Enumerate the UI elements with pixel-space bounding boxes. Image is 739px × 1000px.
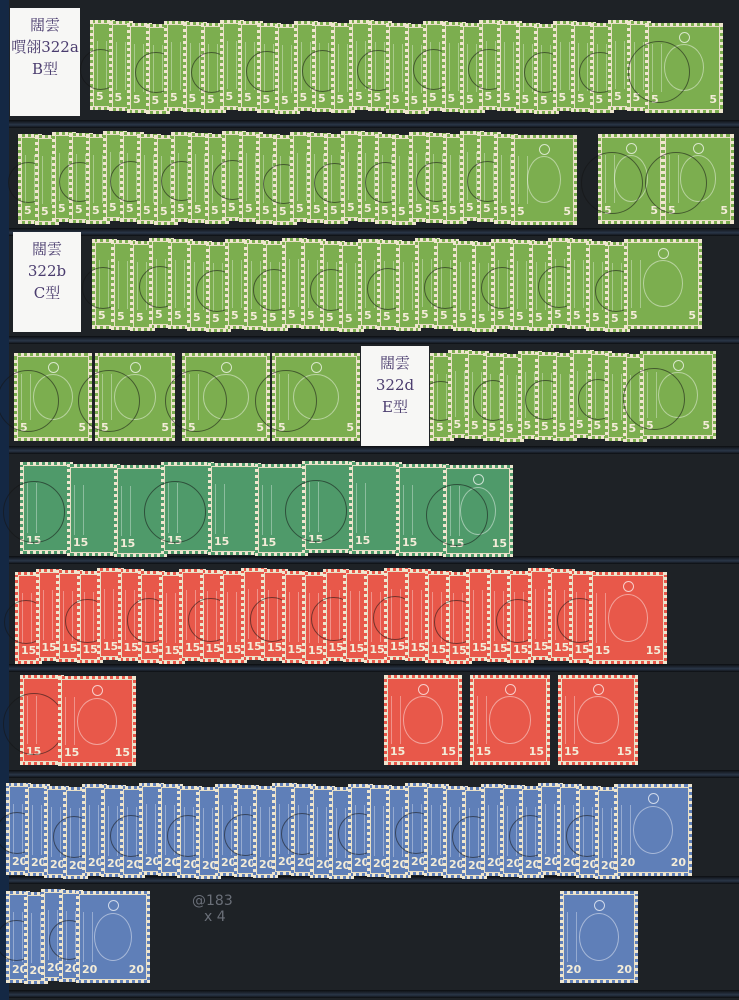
stamp-denomination: 5 xyxy=(540,95,548,107)
label-line: 嘪翖322a xyxy=(10,36,80,58)
stamp-column-frame xyxy=(621,805,631,855)
stamp-column-frame xyxy=(195,154,205,202)
stamp-denomination: 5 xyxy=(177,203,185,215)
stamp-denomination: 5 xyxy=(58,203,66,215)
stamp-denomination: 5 xyxy=(596,94,604,106)
stamp-denomination: 5 xyxy=(466,94,474,106)
stamp-column-frame xyxy=(89,805,99,855)
stamp-denomination: 5 xyxy=(594,420,602,432)
stamp-denomination: 5 xyxy=(611,422,619,434)
stamp-denomination: 5 xyxy=(471,420,479,432)
portrait-oval xyxy=(579,913,619,961)
stamp-column-frame xyxy=(501,155,511,203)
stamp: 55 xyxy=(662,134,734,224)
stamp-column-frame xyxy=(317,807,327,857)
stamp-denomination: 5 xyxy=(250,311,258,323)
stamp-denomination: 15 xyxy=(185,642,200,654)
stamp-denomination: 5 xyxy=(364,203,372,215)
portrait-oval xyxy=(633,806,673,854)
postmark xyxy=(255,370,317,432)
stockbook-strip xyxy=(9,336,739,344)
label-line: C型 xyxy=(13,282,81,304)
stamp-denomination: 15 xyxy=(144,644,159,656)
stamp-denomination: 15 xyxy=(226,644,241,656)
sun-emblem-icon xyxy=(92,685,103,696)
stamp-denomination: 15 xyxy=(513,644,528,656)
stamp-column-frame xyxy=(450,155,460,203)
postmark xyxy=(623,368,685,430)
postmark xyxy=(165,370,227,432)
stamp-denomination: 5 xyxy=(347,202,355,214)
stamp-denomination: 5 xyxy=(269,312,277,324)
stamp-column-frame xyxy=(477,696,487,744)
postmark xyxy=(645,152,707,214)
stamp-denomination: 5 xyxy=(152,95,160,107)
stamp: 1515 xyxy=(384,675,462,765)
stamp: 55 xyxy=(640,351,716,439)
sun-emblem-icon xyxy=(648,793,659,804)
stamp: 1515 xyxy=(470,675,550,765)
note-line: @183 xyxy=(192,893,233,909)
sun-emblem-icon xyxy=(473,474,484,485)
sun-emblem-icon xyxy=(679,32,690,43)
stamp-denomination: 15 xyxy=(115,747,130,759)
stamp: 15 xyxy=(349,462,402,554)
stamp-denomination: 5 xyxy=(374,92,382,104)
sun-emblem-icon xyxy=(505,684,516,695)
stamp-denomination: 15 xyxy=(554,642,569,654)
sun-emblem-icon xyxy=(221,362,232,373)
stamp: 1515 xyxy=(558,675,638,765)
stamp-column-frame xyxy=(631,260,641,308)
label-line: 322d xyxy=(361,374,429,396)
stamp-denomination: 5 xyxy=(466,202,474,214)
stamp-denomination: 15 xyxy=(120,538,135,550)
stamp-denomination: 5 xyxy=(614,91,622,103)
sun-emblem-icon xyxy=(593,684,604,695)
stamp-column-frame xyxy=(391,696,401,744)
stamp-column-frame xyxy=(473,590,483,640)
stamp-denomination: 15 xyxy=(411,642,426,654)
stamp-denomination: 5 xyxy=(355,91,363,103)
stamp-denomination: 5 xyxy=(24,205,32,217)
stamp-denomination: 15 xyxy=(42,642,57,654)
stamp-denomination: 5 xyxy=(96,91,104,103)
postmark xyxy=(285,480,347,542)
stamp-denomination: 15 xyxy=(370,644,385,656)
portrait-oval xyxy=(643,260,683,307)
stamp: 15 xyxy=(161,462,214,554)
stamp-denomination: 5 xyxy=(563,206,571,218)
stamp-denomination: 5 xyxy=(345,313,353,325)
postmark xyxy=(0,370,59,432)
label-line: 闊雲 xyxy=(361,352,429,374)
stamp-column-frame xyxy=(460,262,470,310)
sun-emblem-icon xyxy=(626,143,637,154)
stamp-column-frame xyxy=(374,806,384,856)
stamp-denomination: 5 xyxy=(383,311,391,323)
sun-emblem-icon xyxy=(311,362,322,373)
stamp-denomination: 20 xyxy=(671,857,686,869)
stamp: 2020 xyxy=(76,891,150,983)
stamp-column-frame xyxy=(338,44,348,92)
sun-emblem-icon xyxy=(658,248,669,259)
handwritten-type-label: 闊雲嘪翖322aB型 xyxy=(10,8,80,116)
handwritten-type-label: 闊雲322dE型 xyxy=(361,346,429,446)
stamp-denomination: 5 xyxy=(421,309,429,321)
sun-emblem-icon xyxy=(623,581,634,592)
stamp-denomination: 5 xyxy=(109,202,117,214)
stamp: 55 xyxy=(95,353,175,441)
stamp-denomination: 20 xyxy=(617,964,632,976)
stamp-column-frame xyxy=(346,263,356,311)
stamp-denomination: 5 xyxy=(483,203,491,215)
stamp-denomination: 5 xyxy=(133,94,141,106)
stamp-denomination: 15 xyxy=(646,645,661,657)
stamp-denomination: 5 xyxy=(517,206,525,218)
stamp-denomination: 15 xyxy=(564,746,579,758)
stamp-column-frame xyxy=(65,697,75,745)
stamp-column-frame xyxy=(560,374,570,420)
stamp-denomination: 5 xyxy=(554,309,562,321)
sun-emblem-icon xyxy=(130,362,141,373)
label-line: 闊雲 xyxy=(10,14,80,36)
stockbook-strip xyxy=(9,990,739,998)
sun-emblem-icon xyxy=(48,362,59,373)
stamp-column-frame xyxy=(171,42,181,90)
stamp-column-frame xyxy=(565,696,575,744)
stamp-denomination: 5 xyxy=(326,312,334,324)
stamp-column-frame xyxy=(504,42,514,90)
stamp-denomination: 5 xyxy=(174,310,182,322)
postmark xyxy=(581,152,643,214)
stamp-denomination: 15 xyxy=(529,746,544,758)
stamp: 15 xyxy=(208,463,261,555)
stamp-column-frame xyxy=(175,260,185,308)
stamp-column-frame xyxy=(116,42,126,90)
stamp-denomination: 5 xyxy=(398,206,406,218)
stamp-column-frame xyxy=(93,155,103,203)
stamp-denomination: 5 xyxy=(459,312,467,324)
stamp-denomination: 5 xyxy=(364,310,372,322)
stamp-denomination: 15 xyxy=(452,645,467,657)
stamp-denomination: 5 xyxy=(432,204,440,216)
stamp-denomination: 5 xyxy=(402,312,410,324)
sun-emblem-icon xyxy=(108,900,119,911)
label-line: B型 xyxy=(10,58,80,80)
stamp-column-frame xyxy=(567,912,577,962)
stamp-denomination: 5 xyxy=(279,206,287,218)
stamp-denomination: 5 xyxy=(231,310,239,322)
stamp-denomination: 5 xyxy=(212,313,220,325)
stamp-denomination: 5 xyxy=(541,421,549,433)
stamp-denomination: 15 xyxy=(261,537,276,549)
stamp-denomination: 5 xyxy=(256,422,264,434)
stamp: 1515 xyxy=(589,572,667,664)
stamp-column-frame xyxy=(412,590,422,640)
stamp-denomination: 15 xyxy=(83,644,98,656)
stamp-column-frame xyxy=(121,486,131,536)
stamp: 55 xyxy=(645,23,723,113)
stamp-denomination: 5 xyxy=(346,422,354,434)
stamp-column-frame xyxy=(507,375,517,421)
stamp-column-frame xyxy=(615,41,625,89)
stamp-denomination: 5 xyxy=(211,205,219,217)
stockbook-strip xyxy=(9,876,739,884)
stamp: 1515 xyxy=(443,465,513,557)
stamp: 15 xyxy=(20,462,73,554)
stamp-denomination: 5 xyxy=(115,92,123,104)
stamp-column-frame xyxy=(166,593,176,643)
stamp-column-frame xyxy=(104,589,114,639)
stamp-denomination: 15 xyxy=(247,641,262,653)
stamp-denomination: 5 xyxy=(117,311,125,323)
stamp-denomination: 15 xyxy=(595,645,610,657)
stamp-column-frame xyxy=(144,155,154,203)
stamp-denomination: 5 xyxy=(559,92,567,104)
stamp-denomination: 5 xyxy=(160,206,168,218)
stamp-column-frame xyxy=(246,153,256,201)
stamp-column-frame xyxy=(262,485,272,535)
stamp: 55 xyxy=(511,135,577,225)
stamp-column-frame xyxy=(83,912,93,962)
postmark xyxy=(3,693,65,755)
stamp-denomination: 5 xyxy=(98,310,106,322)
stamp: 1515 xyxy=(58,676,136,766)
stamp-column-frame xyxy=(260,807,270,857)
stamp-denomination: 20 xyxy=(129,964,144,976)
stamp-denomination: 20 xyxy=(82,964,97,976)
stamp-denomination: 5 xyxy=(440,310,448,322)
stamp: 55 xyxy=(272,353,360,441)
stamp-column-frame xyxy=(289,259,299,307)
stamp-denomination: 5 xyxy=(307,310,315,322)
stamp-denomination: 5 xyxy=(318,93,326,105)
stamp-denomination: 15 xyxy=(21,645,36,657)
sun-emblem-icon xyxy=(594,900,605,911)
stamp-denomination: 15 xyxy=(349,643,364,655)
stamp-column-frame xyxy=(203,808,213,858)
stamp: 55 xyxy=(624,239,702,329)
stockbook-strip xyxy=(9,120,739,128)
stamp-denomination: 5 xyxy=(516,311,524,323)
stamp-denomination: 15 xyxy=(441,746,456,758)
stamp-column-frame xyxy=(297,153,307,201)
stamp-denomination: 5 xyxy=(193,312,201,324)
stamp-column-frame xyxy=(118,261,128,309)
stamp-denomination: 15 xyxy=(103,641,118,653)
handwritten-type-label: 闊雲322bC型 xyxy=(13,232,81,332)
stamp-column-frame xyxy=(146,804,156,854)
sun-emblem-icon xyxy=(539,144,550,155)
stamp-denomination: 15 xyxy=(288,644,303,656)
stamp-denomination: 15 xyxy=(267,642,282,654)
stamp-denomination: 15 xyxy=(575,644,590,656)
stamp-denomination: 5 xyxy=(300,92,308,104)
stamp-denomination: 5 xyxy=(630,310,638,322)
stamp-column-frame xyxy=(350,591,360,641)
stamp-column-frame xyxy=(488,805,498,855)
stamp-denomination: 15 xyxy=(214,536,229,548)
stamp-denomination: 5 xyxy=(313,204,321,216)
sun-emblem-icon xyxy=(418,684,429,695)
portrait-oval xyxy=(608,594,648,642)
stamp-column-frame xyxy=(399,156,409,204)
stamp-denomination: 5 xyxy=(454,419,462,431)
portrait-oval xyxy=(77,698,117,745)
stamp-denomination: 15 xyxy=(206,643,221,655)
stamp-denomination: 15 xyxy=(62,643,77,655)
stamp-column-frame xyxy=(74,485,84,535)
stamp-denomination: 5 xyxy=(449,205,457,217)
stamp-denomination: 5 xyxy=(429,92,437,104)
stockbook-strip xyxy=(9,228,739,236)
stockbook-strip xyxy=(9,446,739,454)
stamp-denomination: 5 xyxy=(629,423,637,435)
stamp-denomination: 5 xyxy=(411,95,419,107)
sun-emblem-icon xyxy=(673,360,684,371)
stamp-denomination: 5 xyxy=(92,205,100,217)
stamp-denomination: 5 xyxy=(506,423,514,435)
portrait-oval xyxy=(527,156,561,203)
stamp-denomination: 15 xyxy=(329,642,344,654)
stamp-column-frame xyxy=(43,590,53,640)
stamp-column-frame xyxy=(403,262,413,310)
postmark xyxy=(3,481,65,543)
stamp-denomination: 20 xyxy=(620,857,635,869)
stamp-denomination: 5 xyxy=(503,92,511,104)
stamp-denomination: 5 xyxy=(500,205,508,217)
pencil-price-note: @183x 4 xyxy=(192,893,233,925)
stamp-denomination: 5 xyxy=(281,95,289,107)
portrait-oval xyxy=(577,696,618,743)
stamp-column-frame xyxy=(348,152,358,200)
stockbook-strip xyxy=(9,556,739,564)
stamp-denomination: 15 xyxy=(355,535,370,547)
stamp-column-frame xyxy=(42,156,52,204)
stamp-denomination: 5 xyxy=(524,420,532,432)
stamp-column-frame xyxy=(560,42,570,90)
stamp-denomination: 5 xyxy=(143,205,151,217)
stamp-denomination: 5 xyxy=(228,202,236,214)
postmark xyxy=(78,370,140,432)
stamp-denomination: 5 xyxy=(41,206,49,218)
stamp: 2020 xyxy=(614,784,692,876)
stamp-column-frame xyxy=(31,913,41,963)
stamp-denomination: 15 xyxy=(73,537,88,549)
stamp-denomination: 5 xyxy=(535,312,543,324)
stamp-denomination: 5 xyxy=(478,313,486,325)
note-line: x 4 xyxy=(192,909,233,925)
stamp-denomination: 5 xyxy=(337,94,345,106)
stamp: 15 xyxy=(67,464,120,556)
stamp-column-frame xyxy=(517,261,527,309)
stamp-column-frame xyxy=(535,589,545,639)
stamp-denomination: 15 xyxy=(476,746,491,758)
stamp-denomination: 5 xyxy=(170,92,178,104)
stamp-denomination: 5 xyxy=(263,94,271,106)
stamp-denomination: 5 xyxy=(522,94,530,106)
stamp-column-frame xyxy=(431,805,441,855)
stamp-denomination: 5 xyxy=(189,93,197,105)
stamp-denomination: 5 xyxy=(126,203,134,215)
stamp-column-frame xyxy=(403,485,413,535)
stamp-denomination: 15 xyxy=(402,537,417,549)
stamp-denomination: 15 xyxy=(617,746,632,758)
stamp-denomination: 5 xyxy=(448,93,456,105)
stamp-denomination: 15 xyxy=(431,644,446,656)
stamp-denomination: 5 xyxy=(136,312,144,324)
stamp-column-frame xyxy=(282,45,292,93)
stamp-denomination: 15 xyxy=(64,747,79,759)
stamp-column-frame xyxy=(596,593,606,643)
stamp-denomination: 5 xyxy=(207,94,215,106)
stamp-denomination: 5 xyxy=(489,422,497,434)
stamp-column-frame xyxy=(356,483,366,533)
stamp: 15 xyxy=(302,461,355,553)
stamp-denomination: 5 xyxy=(577,93,585,105)
stamp-denomination: 5 xyxy=(576,419,584,431)
stamp-denomination: 5 xyxy=(330,205,338,217)
stamp-denomination: 5 xyxy=(194,204,202,216)
stamp: 2020 xyxy=(560,891,638,983)
stamp-denomination: 5 xyxy=(296,203,304,215)
stamp-column-frame xyxy=(612,374,622,420)
stamp-denomination: 15 xyxy=(493,643,508,655)
stamp-denomination: 20 xyxy=(566,964,581,976)
stamp-column-frame xyxy=(289,592,299,642)
stamp-denomination: 5 xyxy=(155,309,163,321)
stamp-denomination: 5 xyxy=(592,312,600,324)
stamp-column-frame xyxy=(215,484,225,534)
stamp-denomination: 5 xyxy=(573,310,581,322)
postmark xyxy=(628,41,690,103)
stamp-denomination: 5 xyxy=(288,309,296,321)
stamp-column-frame xyxy=(455,371,465,417)
stamp-denomination: 5 xyxy=(720,205,728,217)
portrait-oval xyxy=(403,696,443,743)
stamp-column-frame xyxy=(32,805,42,855)
stamp-column-frame xyxy=(574,260,584,308)
stamp-denomination: 15 xyxy=(534,641,549,653)
portrait-oval xyxy=(489,696,530,743)
stamp-denomination: 5 xyxy=(688,310,696,322)
stamp-column-frame xyxy=(227,41,237,89)
stamp-denomination: 5 xyxy=(75,204,83,216)
stamp-denomination: 5 xyxy=(262,205,270,217)
stamp-denomination: 15 xyxy=(124,642,139,654)
stamp-denomination: 15 xyxy=(472,642,487,654)
stamp-denomination: 5 xyxy=(702,420,710,432)
postmark xyxy=(426,484,488,546)
postmark xyxy=(144,481,206,543)
stamp-denomination: 5 xyxy=(559,422,567,434)
stamp-denomination: 15 xyxy=(308,645,323,657)
stamp-column-frame xyxy=(602,808,612,858)
stockbook-strip xyxy=(9,664,739,672)
portrait-oval xyxy=(94,913,132,961)
stamp-column-frame xyxy=(227,592,237,642)
stamp-denomination: 5 xyxy=(611,313,619,325)
stamp-denomination: 5 xyxy=(245,203,253,215)
sun-emblem-icon xyxy=(693,143,704,154)
label-line: E型 xyxy=(361,396,429,418)
stamp-denomination: 15 xyxy=(390,641,405,653)
stamp-denomination: 5 xyxy=(497,310,505,322)
stamp-denomination: 5 xyxy=(78,422,86,434)
stamp-denomination: 5 xyxy=(226,91,234,103)
stamp-denomination: 5 xyxy=(244,92,252,104)
